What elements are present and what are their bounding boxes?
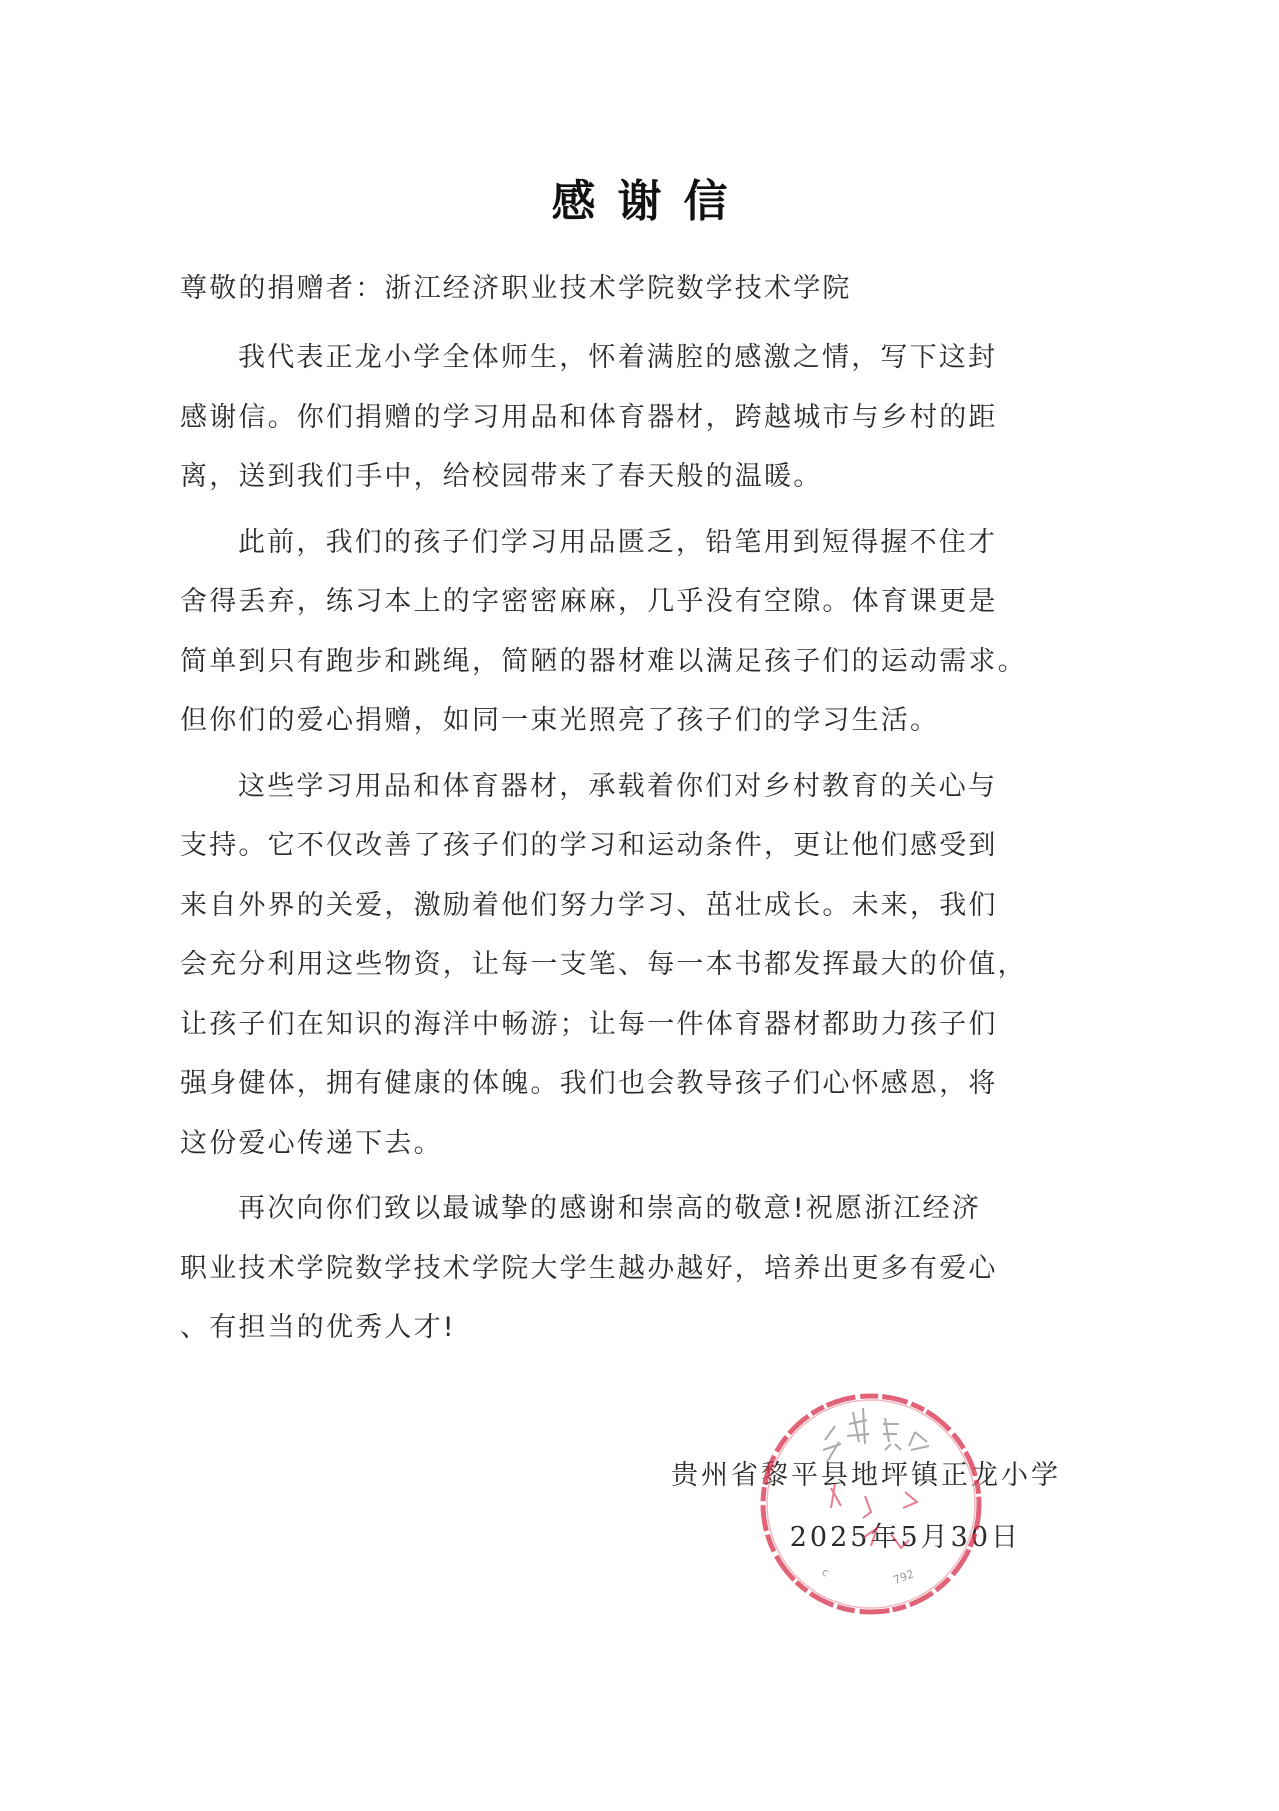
paragraph-line: 这份爱心传递下去。 — [180, 1118, 1070, 1178]
paragraph-line: 支持。它不仅改善了孩子们的学习和运动条件，更让他们感受到 — [180, 820, 1070, 880]
svg-text:792: 792 — [892, 1567, 916, 1586]
paragraph-line: 离，送到我们手中，给校园带来了春天般的温暖。 — [180, 451, 1070, 511]
svg-text:c: c — [820, 1565, 832, 1579]
paragraph-line: 此前，我们的孩子们学习用品匮乏，铅笔用到短得握不住才 — [180, 517, 1070, 577]
paragraph-line: 职业技术学院数学技术学院大学生越办越好，培养出更多有爱心 — [180, 1243, 1070, 1303]
paragraph-line: 我代表正龙小学全体师生，怀着满腔的感激之情，写下这封 — [180, 332, 1070, 392]
signature-date: 2025年5月30日 — [671, 1510, 1061, 1566]
letter-title: 感谢信 — [0, 172, 1279, 232]
signature-block: 贵州省黎平县地坪镇正龙小学 2025年5月30日 — [671, 1448, 1061, 1566]
paragraph-line: 让孩子们在知识的海洋中畅游；让每一件体育器材都助力孩子们 — [180, 999, 1070, 1059]
paragraph-line: 这些学习用品和体育器材，承载着你们对乡村教育的关心与 — [180, 761, 1070, 821]
paragraph-4: 再次向你们致以最诚挚的感谢和崇高的敬意!祝愿浙江经济 职业技术学院数学技术学院大… — [180, 1183, 1070, 1362]
paragraph-line: 舍得丢弃，练习本上的字密密麻麻，几乎没有空隙。体育课更是 — [180, 576, 1070, 636]
paragraph-line: 强身健体，拥有健康的体魄。我们也会教导孩子们心怀感恩，将 — [180, 1058, 1070, 1118]
paragraph-line: 但你们的爱心捐赠，如同一束光照亮了孩子们的学习生活。 — [180, 695, 1070, 755]
paragraph-line: 再次向你们致以最诚挚的感谢和崇高的敬意!祝愿浙江经济 — [180, 1183, 1070, 1243]
signature-organization: 贵州省黎平县地坪镇正龙小学 — [671, 1448, 1061, 1510]
paragraph-line: 简单到只有跑步和跳绳，简陋的器材难以满足孩子们的运动需求。 — [180, 636, 1070, 696]
paragraph-1: 我代表正龙小学全体师生，怀着满腔的感激之情，写下这封 感谢信。你们捐赠的学习用品… — [180, 332, 1070, 511]
paragraph-line: 、有担当的优秀人才! — [180, 1302, 1070, 1362]
paragraph-line: 会充分利用这些物资，让每一支笔、每一本书都发挥最大的价值， — [180, 939, 1070, 999]
paragraph-3: 这些学习用品和体育器材，承载着你们对乡村教育的关心与 支持。它不仅改善了孩子们的… — [180, 761, 1070, 1178]
letter-body: 尊敬的捐赠者：浙江经济职业技术学院数学技术学院 我代表正龙小学全体师生，怀着满腔… — [180, 263, 1070, 1362]
letter-page: 感谢信 尊敬的捐赠者：浙江经济职业技术学院数学技术学院 我代表正龙小学全体师生，… — [0, 0, 1279, 1811]
salutation: 尊敬的捐赠者：浙江经济职业技术学院数学技术学院 — [180, 263, 1070, 332]
paragraph-line: 来自外界的关爱，激励着他们努力学习、茁壮成长。未来，我们 — [180, 880, 1070, 940]
paragraph-2: 此前，我们的孩子们学习用品匮乏，铅笔用到短得握不住才 舍得丢弃，练习本上的字密密… — [180, 517, 1070, 755]
paragraph-line: 感谢信。你们捐赠的学习用品和体育器材，跨越城市与乡村的距 — [180, 392, 1070, 452]
